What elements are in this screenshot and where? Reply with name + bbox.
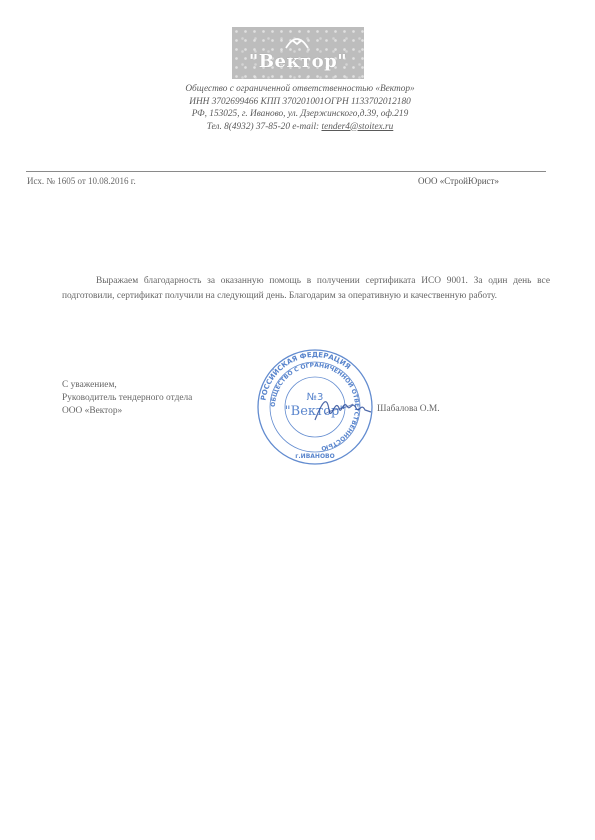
header-divider — [26, 171, 546, 172]
company-registration: ИНН 3702699466 КПП 370201001ОГРН 1133702… — [150, 96, 450, 109]
letterhead: Общество с ограниченной ответственностью… — [150, 83, 450, 133]
closing-regards: С уважением, — [62, 379, 192, 392]
phone-label: Тел. 8(4932) 37-85-20 e-mail: — [207, 122, 322, 132]
company-full-name: Общество с ограниченной ответственностью… — [150, 83, 450, 96]
company-address: РФ, 153025, г. Иваново, ул. Дзержинского… — [150, 108, 450, 121]
stamp-city: г.ИВАНОВО — [295, 453, 334, 460]
company-logo: "Вектор" — [232, 27, 364, 79]
logo-text: "Вектор" — [232, 51, 364, 72]
logo-emblem-icon — [284, 32, 310, 50]
company-contacts: Тел. 8(4932) 37-85-20 e-mail: tender4@st… — [150, 121, 450, 134]
closing-block: С уважением, Руководитель тендерного отд… — [62, 379, 192, 418]
outgoing-number: Исх. № 1605 от 10.08.2016 г. — [27, 176, 136, 186]
email-link[interactable]: tender4@stoitex.ru — [321, 122, 393, 132]
handwritten-signature — [313, 390, 373, 430]
letter-body: Выражаем благодарность за оказанную помо… — [62, 274, 550, 303]
body-paragraph: Выражаем благодарность за оказанную помо… — [62, 276, 550, 301]
recipient: ООО «СтройЮрист» — [418, 176, 499, 186]
signer-position: Руководитель тендерного отдела — [62, 392, 192, 405]
signer-name: Шабалова О.М. — [377, 404, 440, 414]
signer-company: ООО «Вектор» — [62, 405, 192, 418]
